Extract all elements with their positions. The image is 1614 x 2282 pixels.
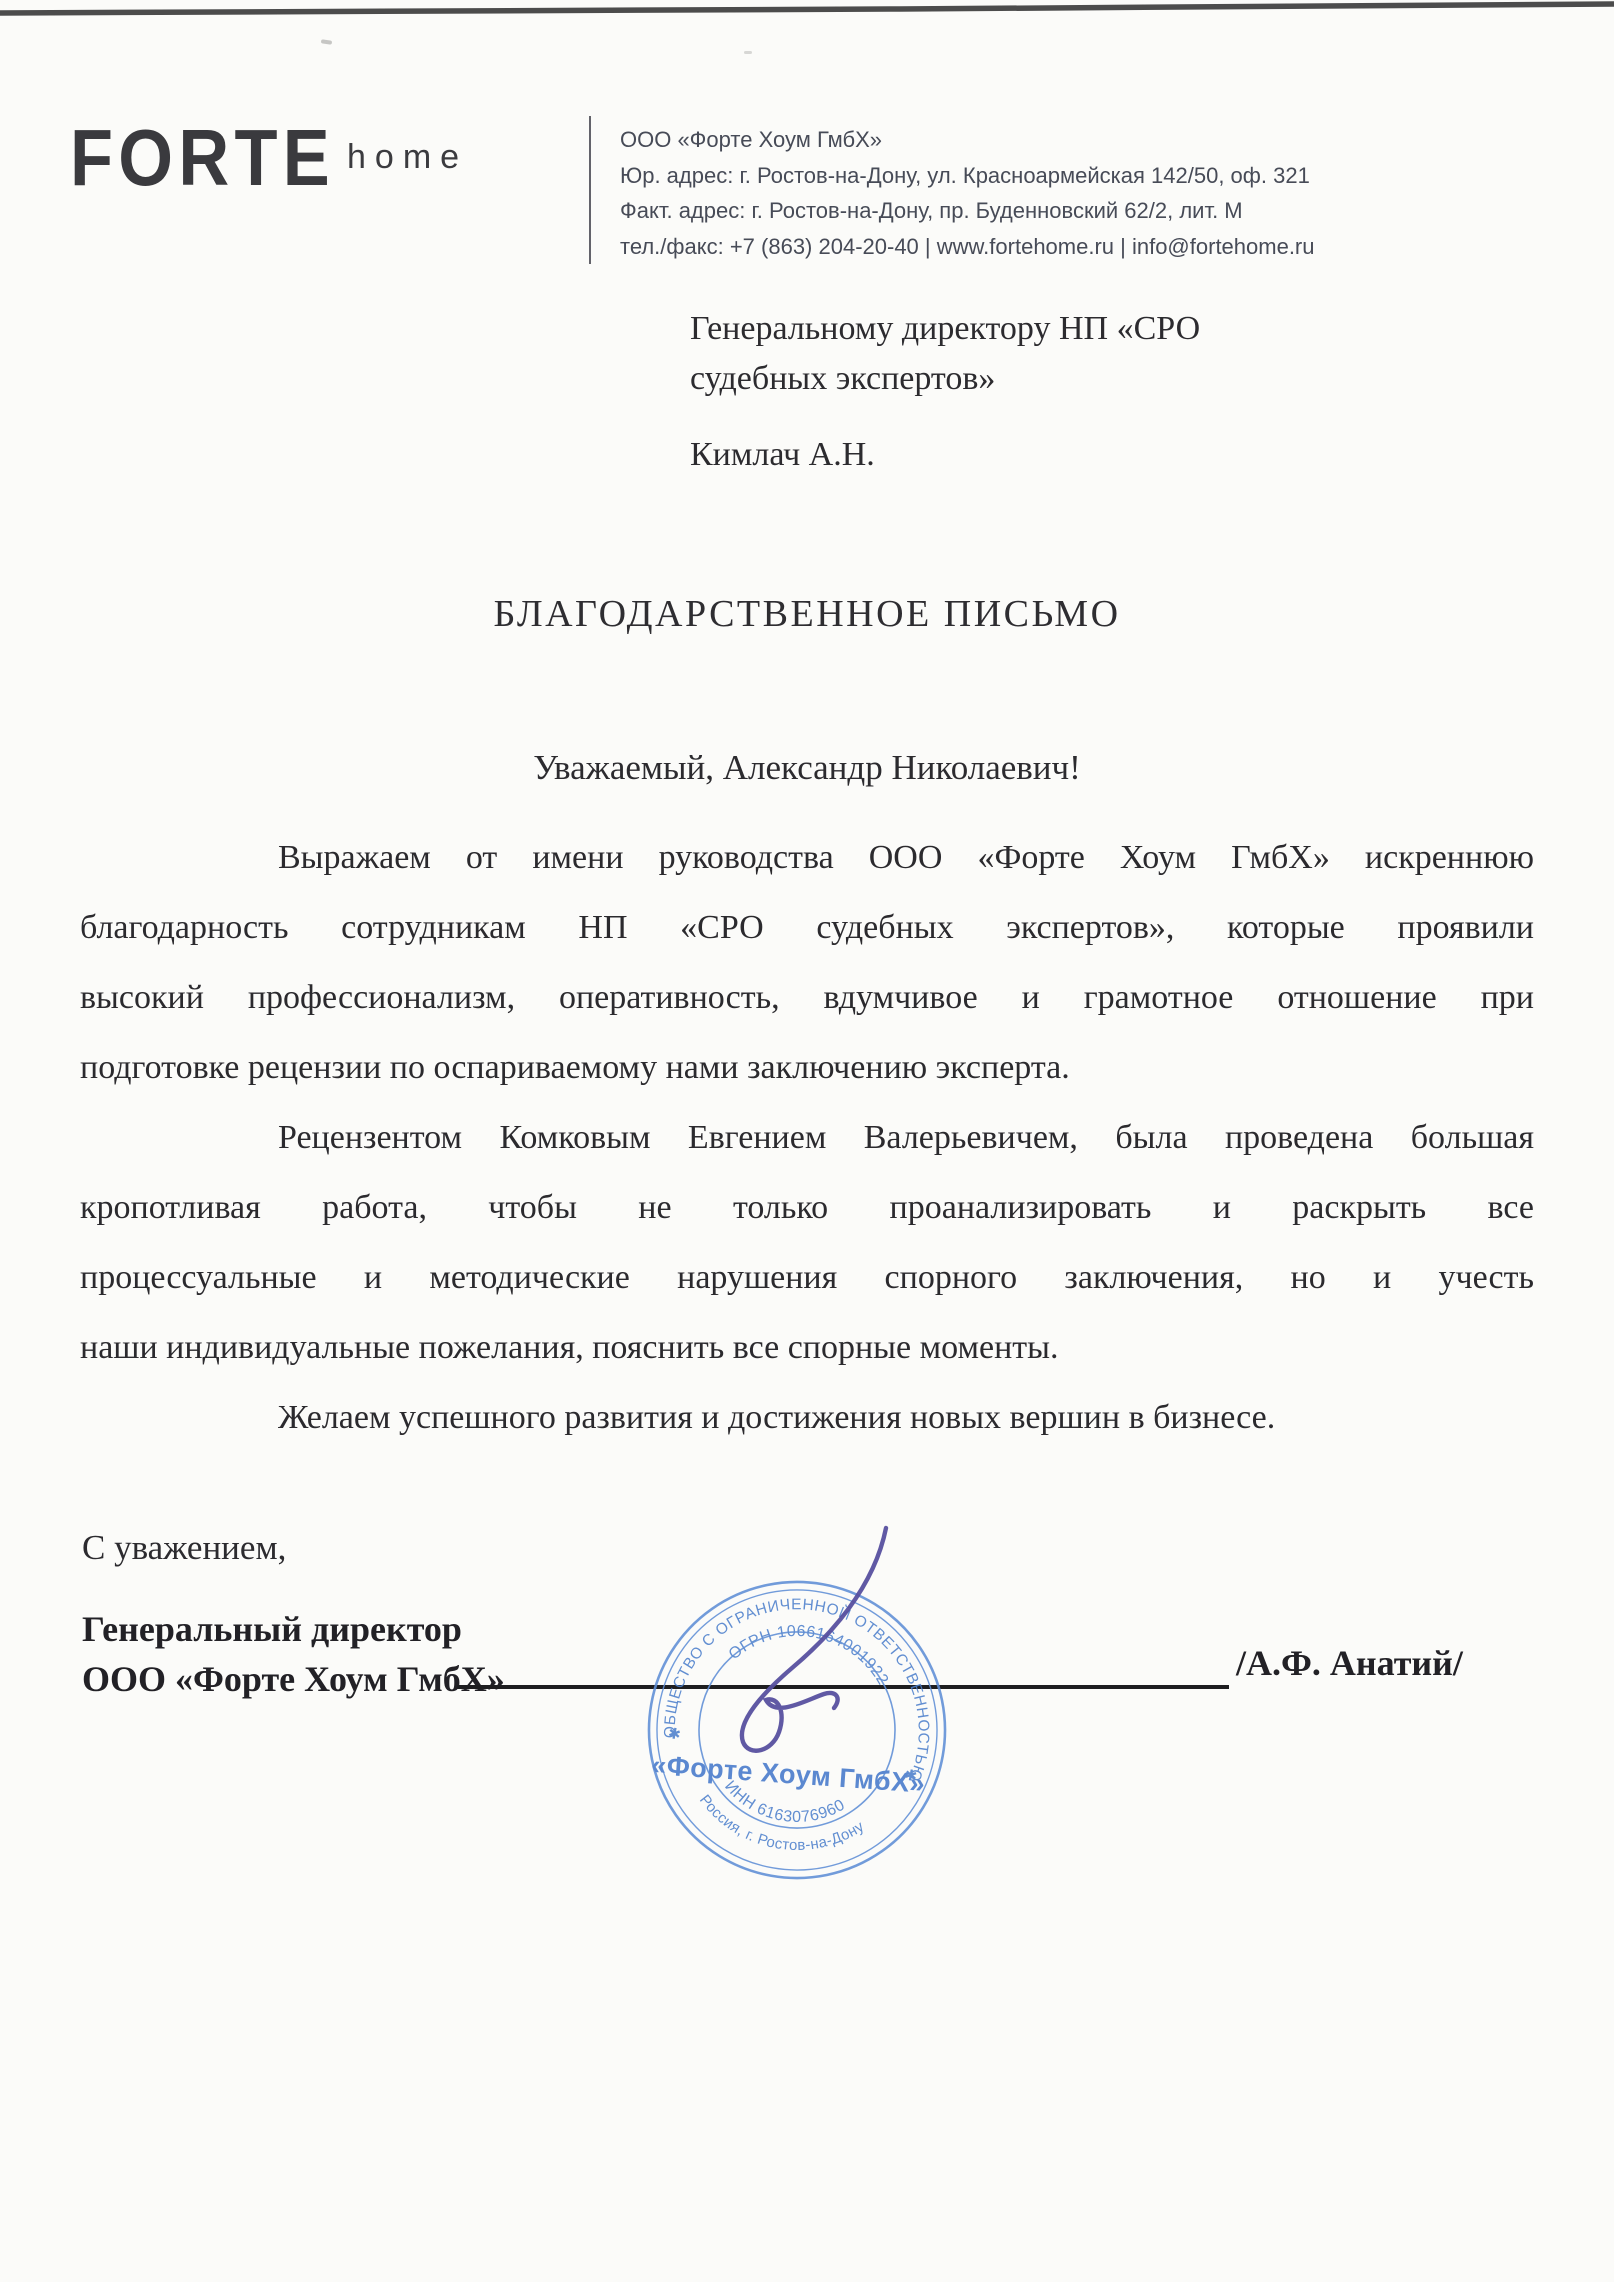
body-line: подготовке рецензии по оспариваемому нам… <box>80 1033 1534 1103</box>
body-line: Рецензентом Комковым Евгением Валерьевич… <box>80 1103 1534 1173</box>
body-line: Выражаем от имени руководства ООО «Форте… <box>80 823 1534 893</box>
addressee-line-2: судебных экспертов» <box>690 354 1200 404</box>
letter-page: FORTE home ООО «Форте Хоум ГмбХ» Юр. адр… <box>0 0 1614 2282</box>
contacts-line: тел./факс: +7 (863) 204-20-40 | www.fort… <box>620 229 1520 265</box>
body-line: кропотливая работа, чтобы не только проа… <box>80 1173 1534 1243</box>
company-info-block: ООО «Форте Хоум ГмбХ» Юр. адрес: г. Рост… <box>620 122 1520 264</box>
body-line: Желаем успешного развития и достижения н… <box>80 1383 1534 1453</box>
signee-name: /А.Ф. Анатий/ <box>1236 1642 1463 1684</box>
body-line: процессуальные и методические нарушения … <box>80 1243 1534 1313</box>
salutation: Уважаемый, Александр Николаевич! <box>0 748 1614 788</box>
logo-home: home <box>347 140 468 174</box>
logo-forte: FORTE <box>70 118 335 198</box>
scan-speck <box>321 39 332 44</box>
signer-company: ООО «Форте Хоум ГмбХ» <box>82 1654 505 1704</box>
addressee-line-1: Генеральному директору НП «СРО <box>690 304 1200 354</box>
scan-edge-line <box>0 0 1614 22</box>
signer-position: Генеральный директор <box>82 1604 505 1654</box>
company-name: ООО «Форте Хоум ГмбХ» <box>620 122 1520 158</box>
addressee-block: Генеральному директору НП «СРО судебных … <box>690 304 1200 480</box>
letter-title: БЛАГОДАРСТВЕННОЕ ПИСЬМО <box>0 592 1614 636</box>
letter-body: Выражаем от имени руководства ООО «Форте… <box>80 823 1534 1453</box>
body-line: наши индивидуальные пожелания, пояснить … <box>80 1313 1534 1383</box>
header-divider <box>589 116 591 264</box>
body-line: высокий профессионализм, оперативность, … <box>80 963 1534 1033</box>
body-line: благодарность сотрудникам НП «СРО судебн… <box>80 893 1534 963</box>
actual-address: Факт. адрес: г. Ростов-на-Дону, пр. Буде… <box>620 193 1520 229</box>
signature-block: Генеральный директор ООО «Форте Хоум Гмб… <box>82 1604 505 1704</box>
closing-regards: С уважением, <box>82 1528 286 1568</box>
addressee-name: Кимлач А.Н. <box>690 430 1200 480</box>
scan-speck <box>744 51 752 54</box>
legal-address: Юр. адрес: г. Ростов-на-Дону, ул. Красно… <box>620 158 1520 194</box>
signature-ink <box>560 1496 980 1790</box>
